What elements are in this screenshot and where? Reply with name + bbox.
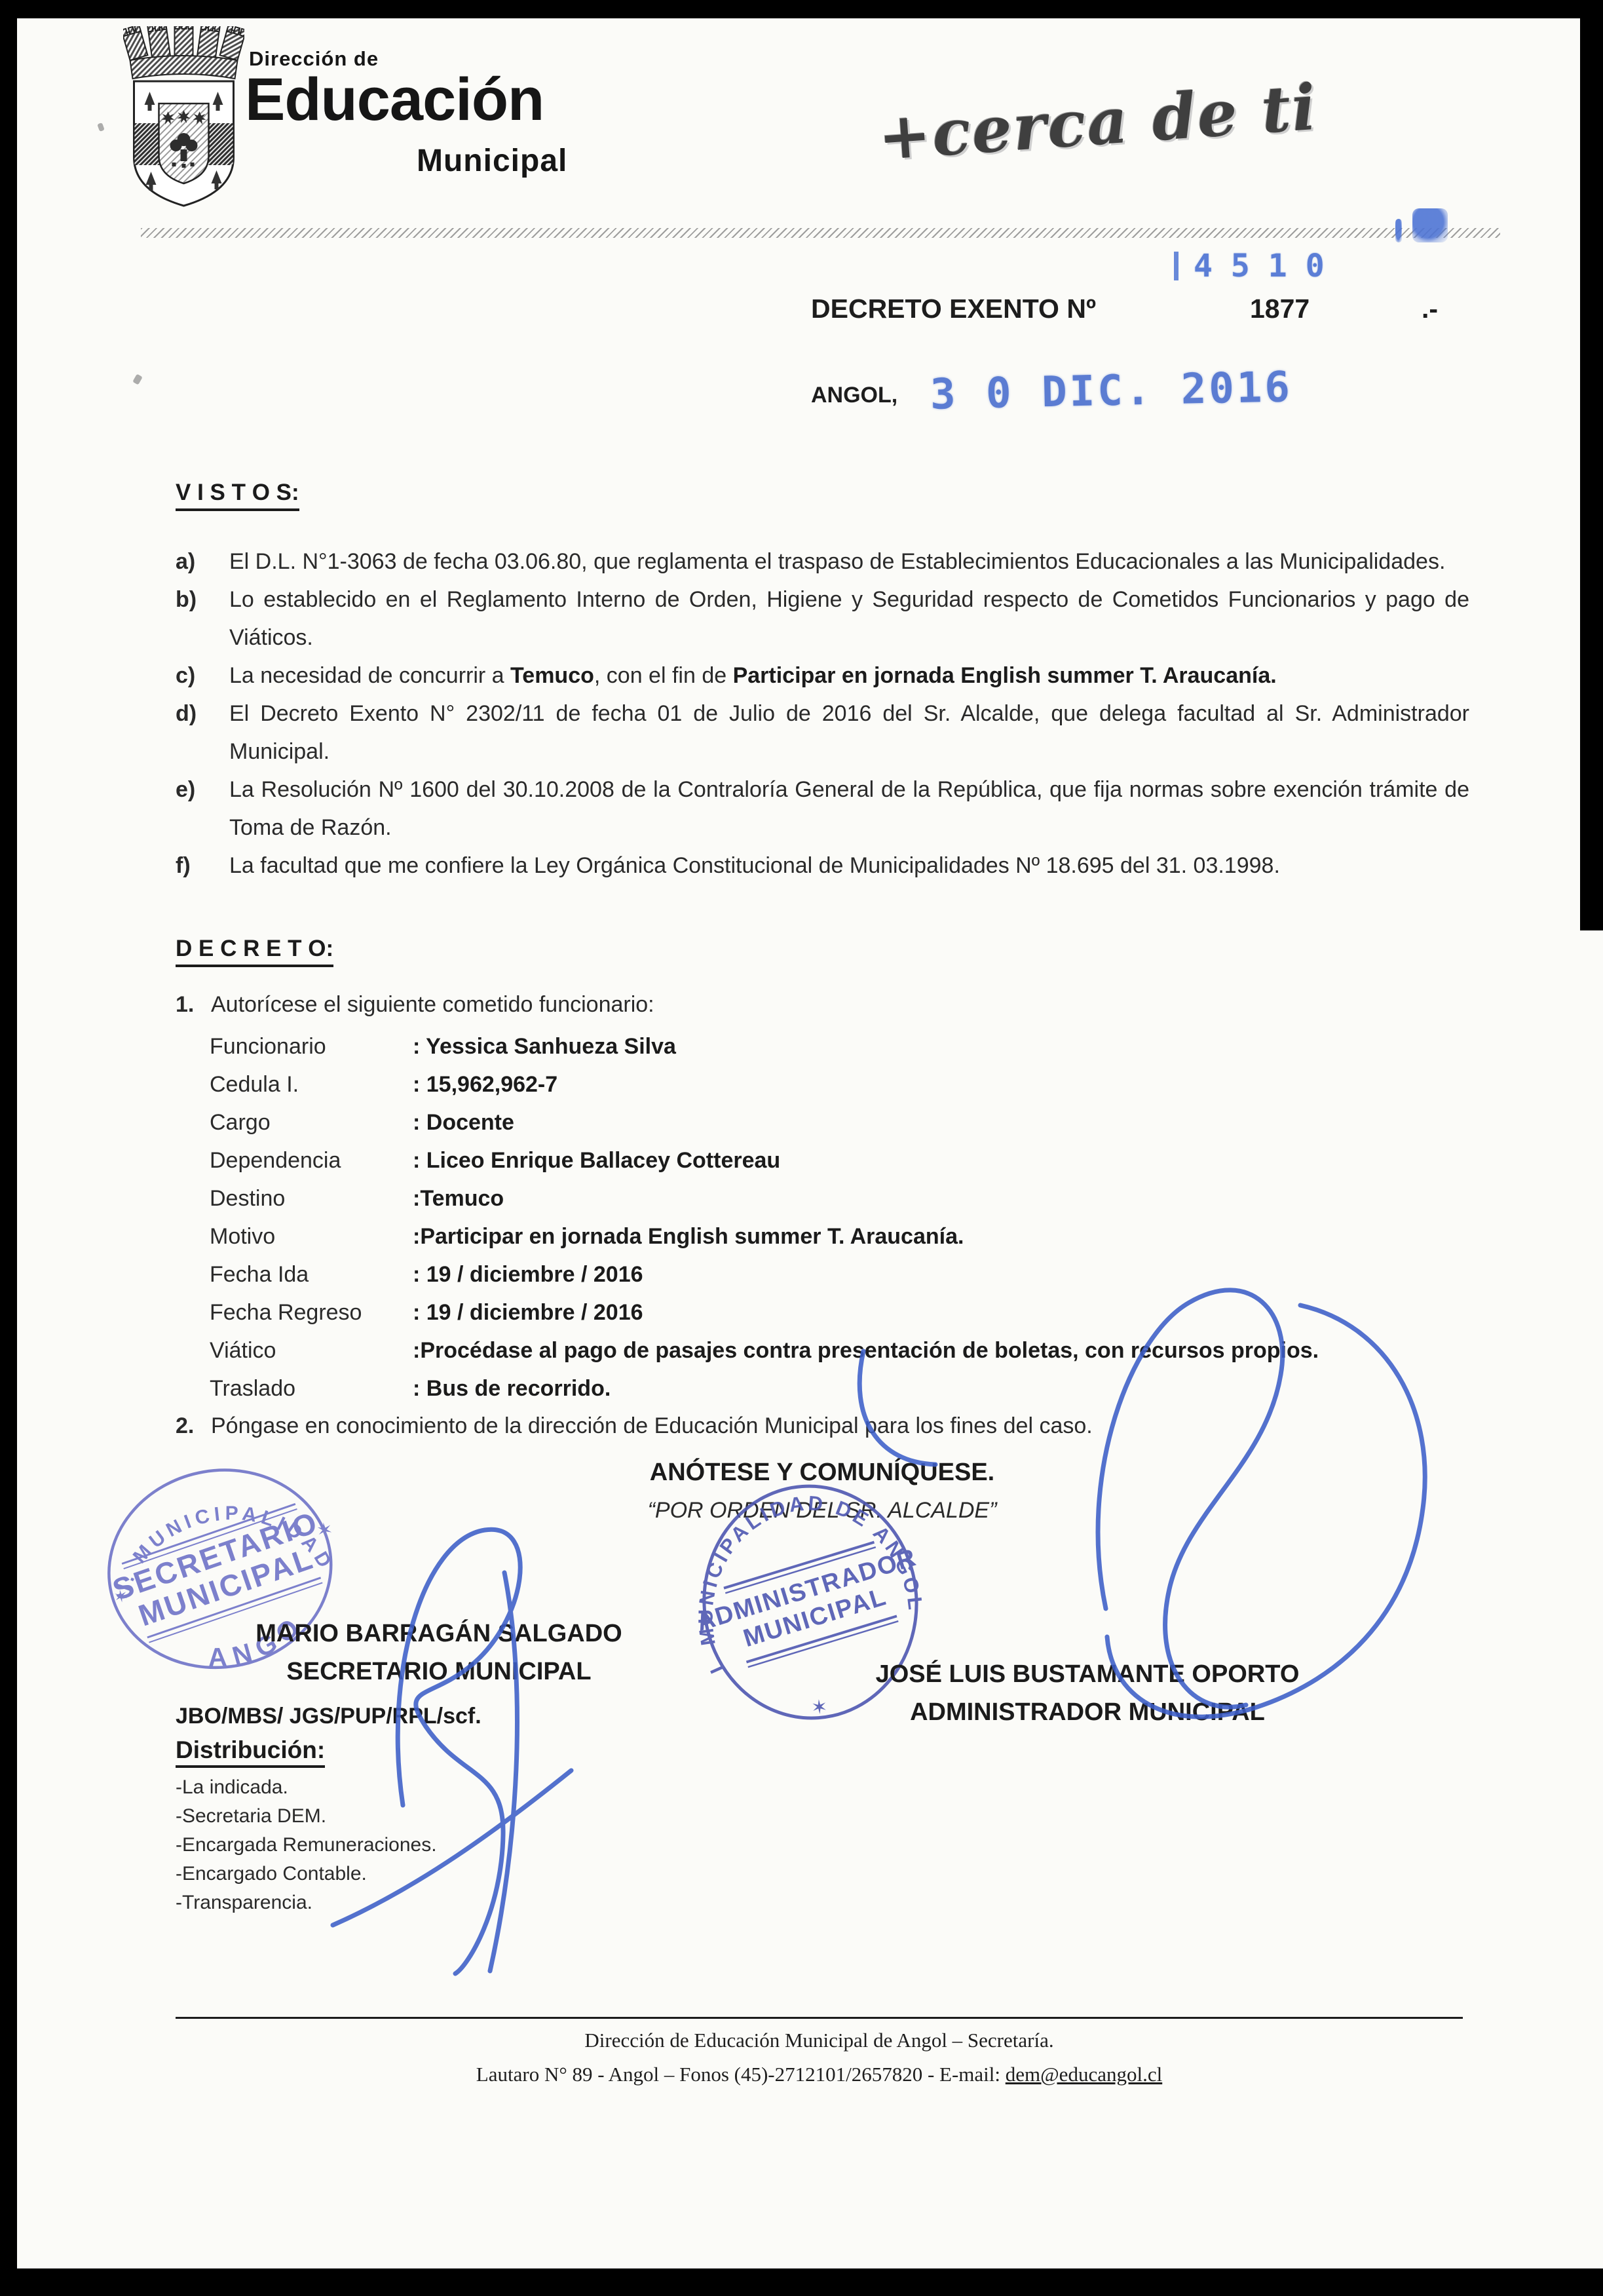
item-text: Póngase en conocimiento de la dirección … xyxy=(211,1407,1093,1444)
field-label: Dependencia xyxy=(210,1141,413,1179)
star-icon: ✶ xyxy=(314,1519,334,1543)
field-row-cargo: Cargo: Docente xyxy=(210,1103,1474,1141)
municipal-coat-of-arms-icon xyxy=(123,26,244,216)
field-value: :Temuco xyxy=(413,1186,504,1211)
distribution-heading: Distribución: xyxy=(176,1736,325,1768)
scan-border-bottom xyxy=(0,2268,1603,2296)
distribution-list: -La indicada. -Secretaria DEM. -Encargad… xyxy=(176,1773,437,1917)
distribution-item: -Transparencia. xyxy=(176,1888,437,1917)
field-row-funcionario: Funcionario: Yessica Sanhueza Silva xyxy=(210,1027,1474,1065)
vistos-item-e: e) La Resolución Nº 1600 del 30.10.2008 … xyxy=(176,771,1469,847)
scan-border-left xyxy=(0,0,17,2296)
scan-border-top xyxy=(0,0,1603,18)
registry-stamp-tick xyxy=(1174,252,1179,280)
field-label: Motivo xyxy=(210,1217,413,1255)
field-label: Cedula I. xyxy=(210,1065,413,1103)
field-value: : 19 / diciembre / 2016 xyxy=(413,1262,643,1287)
decree-label: DECRETO EXENTO Nº xyxy=(811,294,1096,324)
scan-speck xyxy=(97,123,105,132)
field-row-motivo: Motivo:Participar en jornada English sum… xyxy=(210,1217,1474,1255)
vistos-item-a: a) El D.L. N°1-3063 de fecha 03.06.80, q… xyxy=(176,543,1469,581)
org-name-line3: Municipal xyxy=(417,143,567,179)
item-text: El D.L. N°1-3063 de fecha 03.06.80, que … xyxy=(229,549,1445,574)
field-label: Traslado xyxy=(210,1369,413,1407)
vistos-heading: V I S T O S: xyxy=(176,480,299,511)
right-signatory-name: JOSÉ LUIS BUSTAMANTE OPORTO xyxy=(845,1660,1330,1689)
vistos-item-d: d) El Decreto Exento N° 2302/11 de fecha… xyxy=(176,695,1469,771)
city-label: ANGOL, xyxy=(811,383,897,408)
star-icon: ✶ xyxy=(810,1696,828,1719)
footer-email: dem@educangol.cl xyxy=(1006,2063,1162,2086)
item-letter: c) xyxy=(176,657,229,695)
item-text: La necesidad de concurrir a xyxy=(229,663,510,688)
right-signatory-title: ADMINISTRADOR MUNICIPAL xyxy=(845,1698,1330,1727)
decree-suffix: .- xyxy=(1422,294,1438,324)
field-row-traslado: Traslado: Bus de recorrido. xyxy=(210,1369,1474,1407)
org-name-line2: Educación xyxy=(245,66,544,134)
vistos-item-c: c) La necesidad de concurrir a Temuco, c… xyxy=(176,657,1469,695)
item-text: La Resolución Nº 1600 del 30.10.2008 de … xyxy=(229,777,1469,840)
scanned-decree-page: Dirección de Educación Municipal +cerca … xyxy=(0,0,1603,2296)
scan-border-right xyxy=(1580,0,1603,930)
field-label: Fecha Ida xyxy=(210,1255,413,1293)
field-label: Destino xyxy=(210,1179,413,1217)
field-value: : Bus de recorrido. xyxy=(413,1376,611,1401)
field-label: Funcionario xyxy=(210,1027,413,1065)
decree-number: 1877 xyxy=(1250,294,1310,324)
field-value: : 15,962,962-7 xyxy=(413,1072,557,1097)
field-label: Cargo xyxy=(210,1103,413,1141)
distribution-item: -Secretaria DEM. xyxy=(176,1802,437,1831)
left-signatory-name: MARIO BARRAGÁN SALGADO xyxy=(223,1620,655,1648)
field-value: :Participar en jornada English summer T.… xyxy=(413,1224,964,1249)
distribution-item: -Encargado Contable. xyxy=(176,1860,437,1888)
field-value: :Procédase al pago de pasajes contra pre… xyxy=(413,1338,1319,1363)
item-text: El Decreto Exento N° 2302/11 de fecha 01… xyxy=(229,701,1469,764)
item-text-bold: Participar en jornada English summer T. … xyxy=(733,663,1277,688)
field-value: : 19 / diciembre / 2016 xyxy=(413,1300,643,1325)
field-row-fecha-regreso: Fecha Regreso: 19 / diciembre / 2016 xyxy=(210,1293,1474,1331)
scan-speck xyxy=(132,373,143,385)
hatched-divider xyxy=(141,228,1500,238)
item-text-bold: Temuco xyxy=(510,663,594,688)
item-text: La facultad que me confiere la Ley Orgán… xyxy=(229,853,1280,878)
footer-line2: Lautaro N° 89 - Angol – Fonos (45)-27121… xyxy=(176,2063,1463,2086)
footer-address: Lautaro N° 89 - Angol – Fonos (45)-27121… xyxy=(476,2063,1006,2086)
distribution-item: -Encargada Remuneraciones. xyxy=(176,1831,437,1860)
ink-streak xyxy=(1395,219,1402,242)
slogan-cerca-de-ti: +cerca de ti xyxy=(876,70,1319,175)
vistos-item-f: f) La facultad que me confiere la Ley Or… xyxy=(176,847,1469,885)
decreto-item-1: 1. Autorícese el siguiente cometido func… xyxy=(176,986,1469,1023)
distribution-item: -La indicada. xyxy=(176,1773,437,1802)
item-number: 2. xyxy=(176,1407,211,1444)
field-value: : Docente xyxy=(413,1110,514,1135)
field-value: : Yessica Sanhueza Silva xyxy=(413,1034,676,1059)
decreto-heading: D E C R E T O: xyxy=(176,936,333,967)
field-row-dependencia: Dependencia: Liceo Enrique Ballacey Cott… xyxy=(210,1141,1474,1179)
item-letter: d) xyxy=(176,695,229,771)
item-text: , con el fin de xyxy=(594,663,733,688)
item-letter: a) xyxy=(176,543,229,581)
field-label: Fecha Regreso xyxy=(210,1293,413,1331)
item-text: Autorícese el siguiente cometido funcion… xyxy=(211,986,654,1023)
footer-line1: Dirección de Educación Municipal de Ango… xyxy=(176,2029,1463,2052)
vistos-item-b: b) Lo establecido en el Reglamento Inter… xyxy=(176,581,1469,657)
item-text: Lo establecido en el Reglamento Interno … xyxy=(229,587,1469,650)
item-letter: e) xyxy=(176,771,229,847)
decreto-item-2: 2. Póngase en conocimiento de la direcci… xyxy=(176,1407,1469,1444)
initials-line: JBO/MBS/ JGS/PUP/RPL/scf. xyxy=(176,1704,481,1729)
field-row-cedula: Cedula I.: 15,962,962-7 xyxy=(210,1065,1474,1103)
ink-blot xyxy=(1412,208,1448,242)
item-number: 1. xyxy=(176,986,211,1023)
footer-rule xyxy=(176,2017,1463,2019)
item-letter: b) xyxy=(176,581,229,657)
field-row-fecha-ida: Fecha Ida: 19 / diciembre / 2016 xyxy=(210,1255,1474,1293)
left-signatory-title: SECRETARIO MUNICIPAL xyxy=(223,1658,655,1686)
field-row-viatico: Viático:Procédase al pago de pasajes con… xyxy=(210,1331,1474,1369)
field-label: Viático xyxy=(210,1331,413,1369)
item-letter: f) xyxy=(176,847,229,885)
field-value: : Liceo Enrique Ballacey Cottereau xyxy=(413,1148,780,1173)
date-stamp: 3 0 DIC. 2016 xyxy=(930,363,1292,419)
registry-number-stamp: 4510 xyxy=(1194,248,1343,284)
vistos-list: a) El D.L. N°1-3063 de fecha 03.06.80, q… xyxy=(176,543,1469,885)
field-row-destino: Destino:Temuco xyxy=(210,1179,1474,1217)
